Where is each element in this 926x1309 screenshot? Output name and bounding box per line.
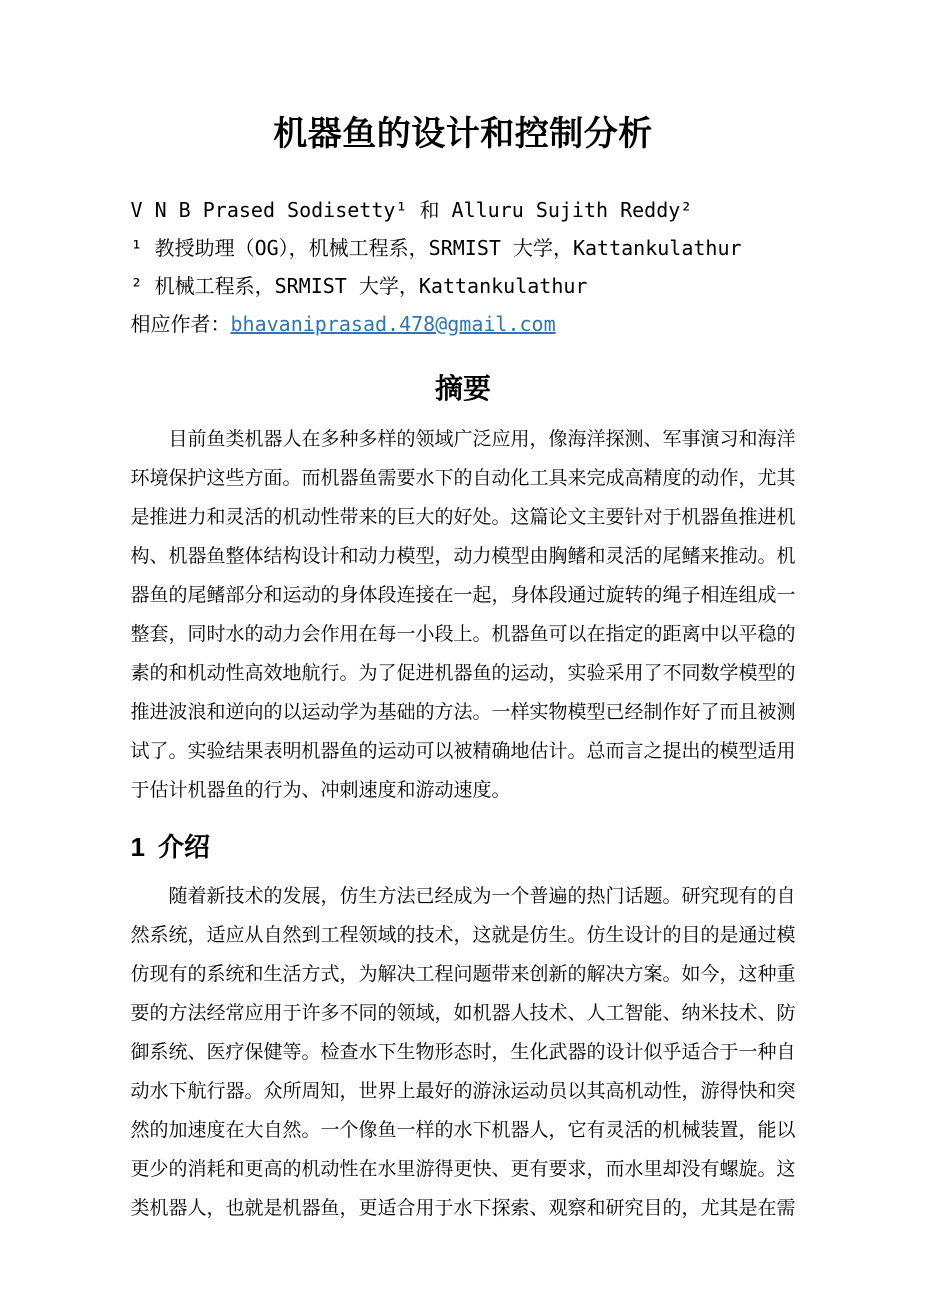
section-1-number: 1 (131, 827, 145, 867)
page-content: 机器鱼的设计和控制分析 V N B Prased Sodisetty¹ 和 Al… (131, 0, 796, 1228)
abstract-heading: 摘要 (131, 368, 796, 410)
authors-line: V N B Prased Sodisetty¹ 和 Alluru Sujith … (131, 191, 796, 229)
frontmatter: V N B Prased Sodisetty¹ 和 Alluru Sujith … (131, 191, 796, 343)
document-page: 机器鱼的设计和控制分析 V N B Prased Sodisetty¹ 和 Al… (0, 0, 926, 1309)
corresponding-author-label: 相应作者： (131, 312, 231, 336)
affiliation-2: ² 机械工程系，SRMIST 大学，Kattankulathur (131, 267, 796, 305)
affiliation-1: ¹ 教授助理（OG），机械工程系，SRMIST 大学，Kattankulathu… (131, 229, 796, 267)
abstract-paragraph: 目前鱼类机器人在多种多样的领域广泛应用，像海洋探测、军事演习和海洋环境保护这些方… (131, 420, 796, 810)
section-1-title: 介绍 (158, 832, 210, 862)
paper-title: 机器鱼的设计和控制分析 (131, 0, 796, 158)
corresponding-author-email-link[interactable]: bhavaniprasad.478@gmail.com (231, 312, 556, 336)
corresponding-author-line: 相应作者：bhavaniprasad.478@gmail.com (131, 305, 796, 343)
introduction-paragraph: 随着新技术的发展，仿生方法已经成为一个普遍的热门话题。研究现有的自然系统，适应从… (131, 877, 796, 1228)
section-1-heading: 1介绍 (131, 827, 796, 867)
